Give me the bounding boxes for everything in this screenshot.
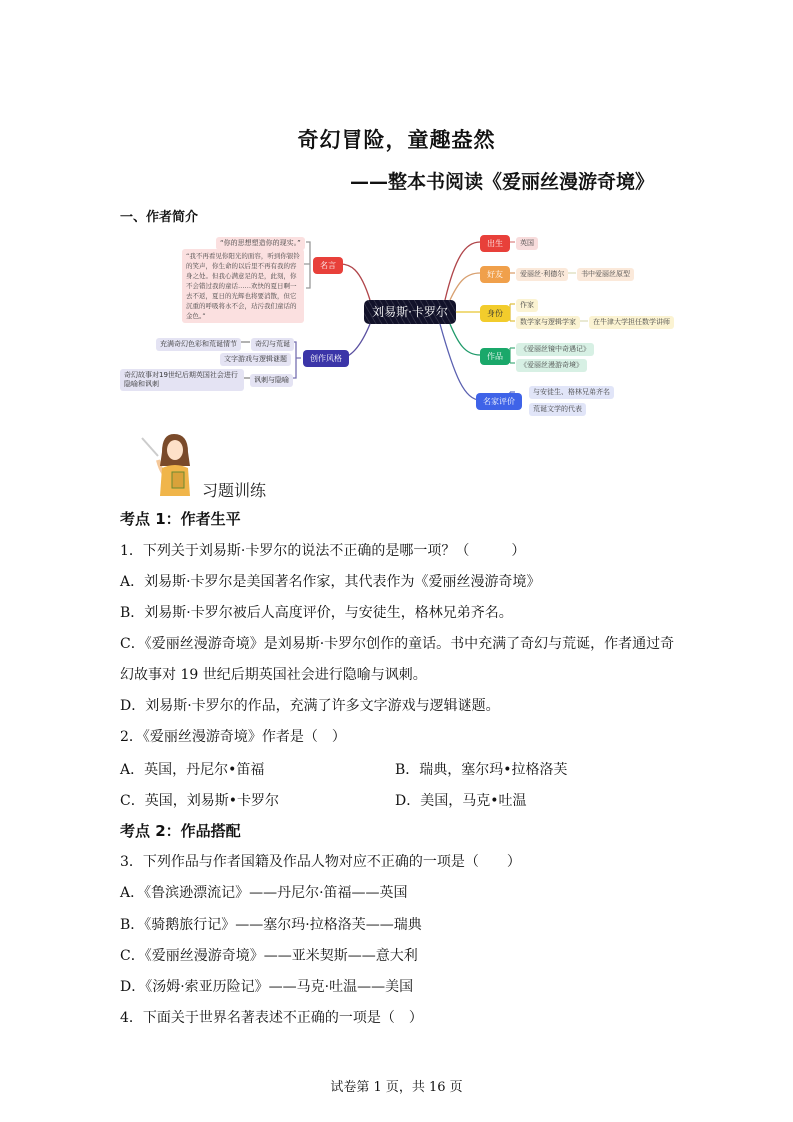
category-works: 作品 bbox=[480, 348, 510, 365]
question-1-option-c-line2: 幻故事对 19 世纪后期英国社会进行隐喻与讽刺。 bbox=[120, 664, 427, 684]
document-title: 奇幻冒险，童趣盎然 bbox=[0, 124, 793, 154]
style-item-2: 文字游戏与逻辑谜题 bbox=[220, 353, 291, 366]
question-2-option-c: C．英国，刘易斯•卡罗尔 bbox=[120, 790, 279, 810]
question-3-option-b: B．《骑鹅旅行记》——塞尔玛·拉格洛芙——瑞典 bbox=[120, 914, 422, 934]
question-2-option-d: D．美国，马克•吐温 bbox=[395, 790, 526, 810]
category-reviews: 名家评价 bbox=[476, 393, 522, 410]
style-item-3: 讽刺与隐喻 bbox=[250, 374, 293, 387]
kaodian-2-heading: 考点 2：作品搭配 bbox=[120, 820, 241, 841]
question-1-option-d: D．刘易斯·卡罗尔的作品，充满了许多文字游戏与逻辑谜题。 bbox=[120, 695, 500, 715]
birth-value: 英国 bbox=[516, 237, 538, 250]
document-subtitle: ——整本书阅读《爱丽丝漫游奇境》 bbox=[350, 167, 654, 194]
category-identity: 身份 bbox=[480, 305, 510, 322]
style-detail-3: 奇幻故事对19世纪后期英国社会进行隐喻和讽刺 bbox=[120, 369, 244, 391]
question-1-stem: 1．下列关于刘易斯·卡罗尔的说法不正确的是哪一项？（ ） bbox=[120, 540, 525, 560]
reviews-item-2: 荒诞文学的代表 bbox=[529, 403, 586, 416]
teacher-illustration bbox=[140, 430, 200, 496]
category-friend: 好友 bbox=[480, 266, 510, 283]
question-4-stem: 4．下面关于世界名著表述不正确的一项是（ ） bbox=[120, 1007, 423, 1027]
category-birth: 出生 bbox=[480, 235, 510, 252]
question-2-stem: 2．《爱丽丝漫游奇境》作者是（ ） bbox=[120, 726, 346, 746]
question-2-option-b: B．瑞典，塞尔玛•拉格洛芙 bbox=[395, 759, 568, 779]
friend-value: 爱丽丝·利德尔 bbox=[516, 268, 568, 281]
page-footer: 试卷第 1 页，共 16 页 bbox=[0, 1076, 793, 1095]
style-detail-1: 充满奇幻色彩和荒诞情节 bbox=[156, 338, 241, 351]
works-item-2: 《爱丽丝漫游奇境》 bbox=[516, 359, 587, 372]
works-item-1: 《爱丽丝镜中奇遇记》 bbox=[516, 343, 594, 356]
question-1-option-c-line1: C．《爱丽丝漫游奇境》是刘易斯·卡罗尔创作的童话。书中充满了奇幻与荒诞，作者通过… bbox=[120, 633, 674, 653]
quote-node-2: “我不再看见你阳光的面容，听到你银铃的笑声，你生命的以后里不再有我的容身之处。但… bbox=[182, 249, 304, 323]
mind-map-center-node: 刘易斯·卡罗尔 bbox=[364, 300, 456, 324]
teacher-icon bbox=[140, 430, 200, 496]
style-item-1: 奇幻与荒诞 bbox=[251, 338, 294, 351]
question-3-option-a: A．《鲁滨逊漂流记》——丹尼尔·笛福——英国 bbox=[120, 882, 408, 902]
identity-detail: 在牛津大学担任数学讲师 bbox=[589, 316, 674, 329]
friend-detail: 书中爱丽丝原型 bbox=[577, 268, 634, 281]
kaodian-1-heading: 考点 1：作者生平 bbox=[120, 508, 241, 529]
question-1-option-b: B．刘易斯·卡罗尔被后人高度评价，与安徒生，格林兄弟齐名。 bbox=[120, 602, 513, 622]
category-quotes: 名言 bbox=[313, 257, 343, 274]
exercise-section-label: 习题训练 bbox=[202, 478, 266, 501]
question-3-option-d: D．《汤姆·索亚历险记》——马克·吐温——美国 bbox=[120, 976, 413, 996]
question-3-option-c: C．《爱丽丝漫游奇境》——亚米契斯——意大利 bbox=[120, 945, 418, 965]
identity-value-1: 作家 bbox=[516, 299, 538, 312]
category-writing-style: 创作风格 bbox=[303, 350, 349, 367]
section-heading-author-intro: 一、作者简介 bbox=[120, 206, 198, 225]
question-1-option-a: A．刘易斯·卡罗尔是美国著名作家，其代表作为《爱丽丝漫游奇境》 bbox=[120, 571, 541, 591]
identity-value-2: 数学家与逻辑学家 bbox=[516, 316, 580, 329]
reviews-item-1: 与安徒生、格林兄弟齐名 bbox=[529, 386, 614, 399]
question-2-option-a: A．英国，丹尼尔•笛福 bbox=[120, 759, 264, 779]
question-3-stem: 3．下列作品与作者国籍及作品人物对应不正确的一项是（ ） bbox=[120, 851, 521, 871]
author-mind-map: “你的思想塑造你的现实。” “我不再看见你阳光的面容，听到你银铃的笑声，你生命的… bbox=[120, 228, 680, 418]
